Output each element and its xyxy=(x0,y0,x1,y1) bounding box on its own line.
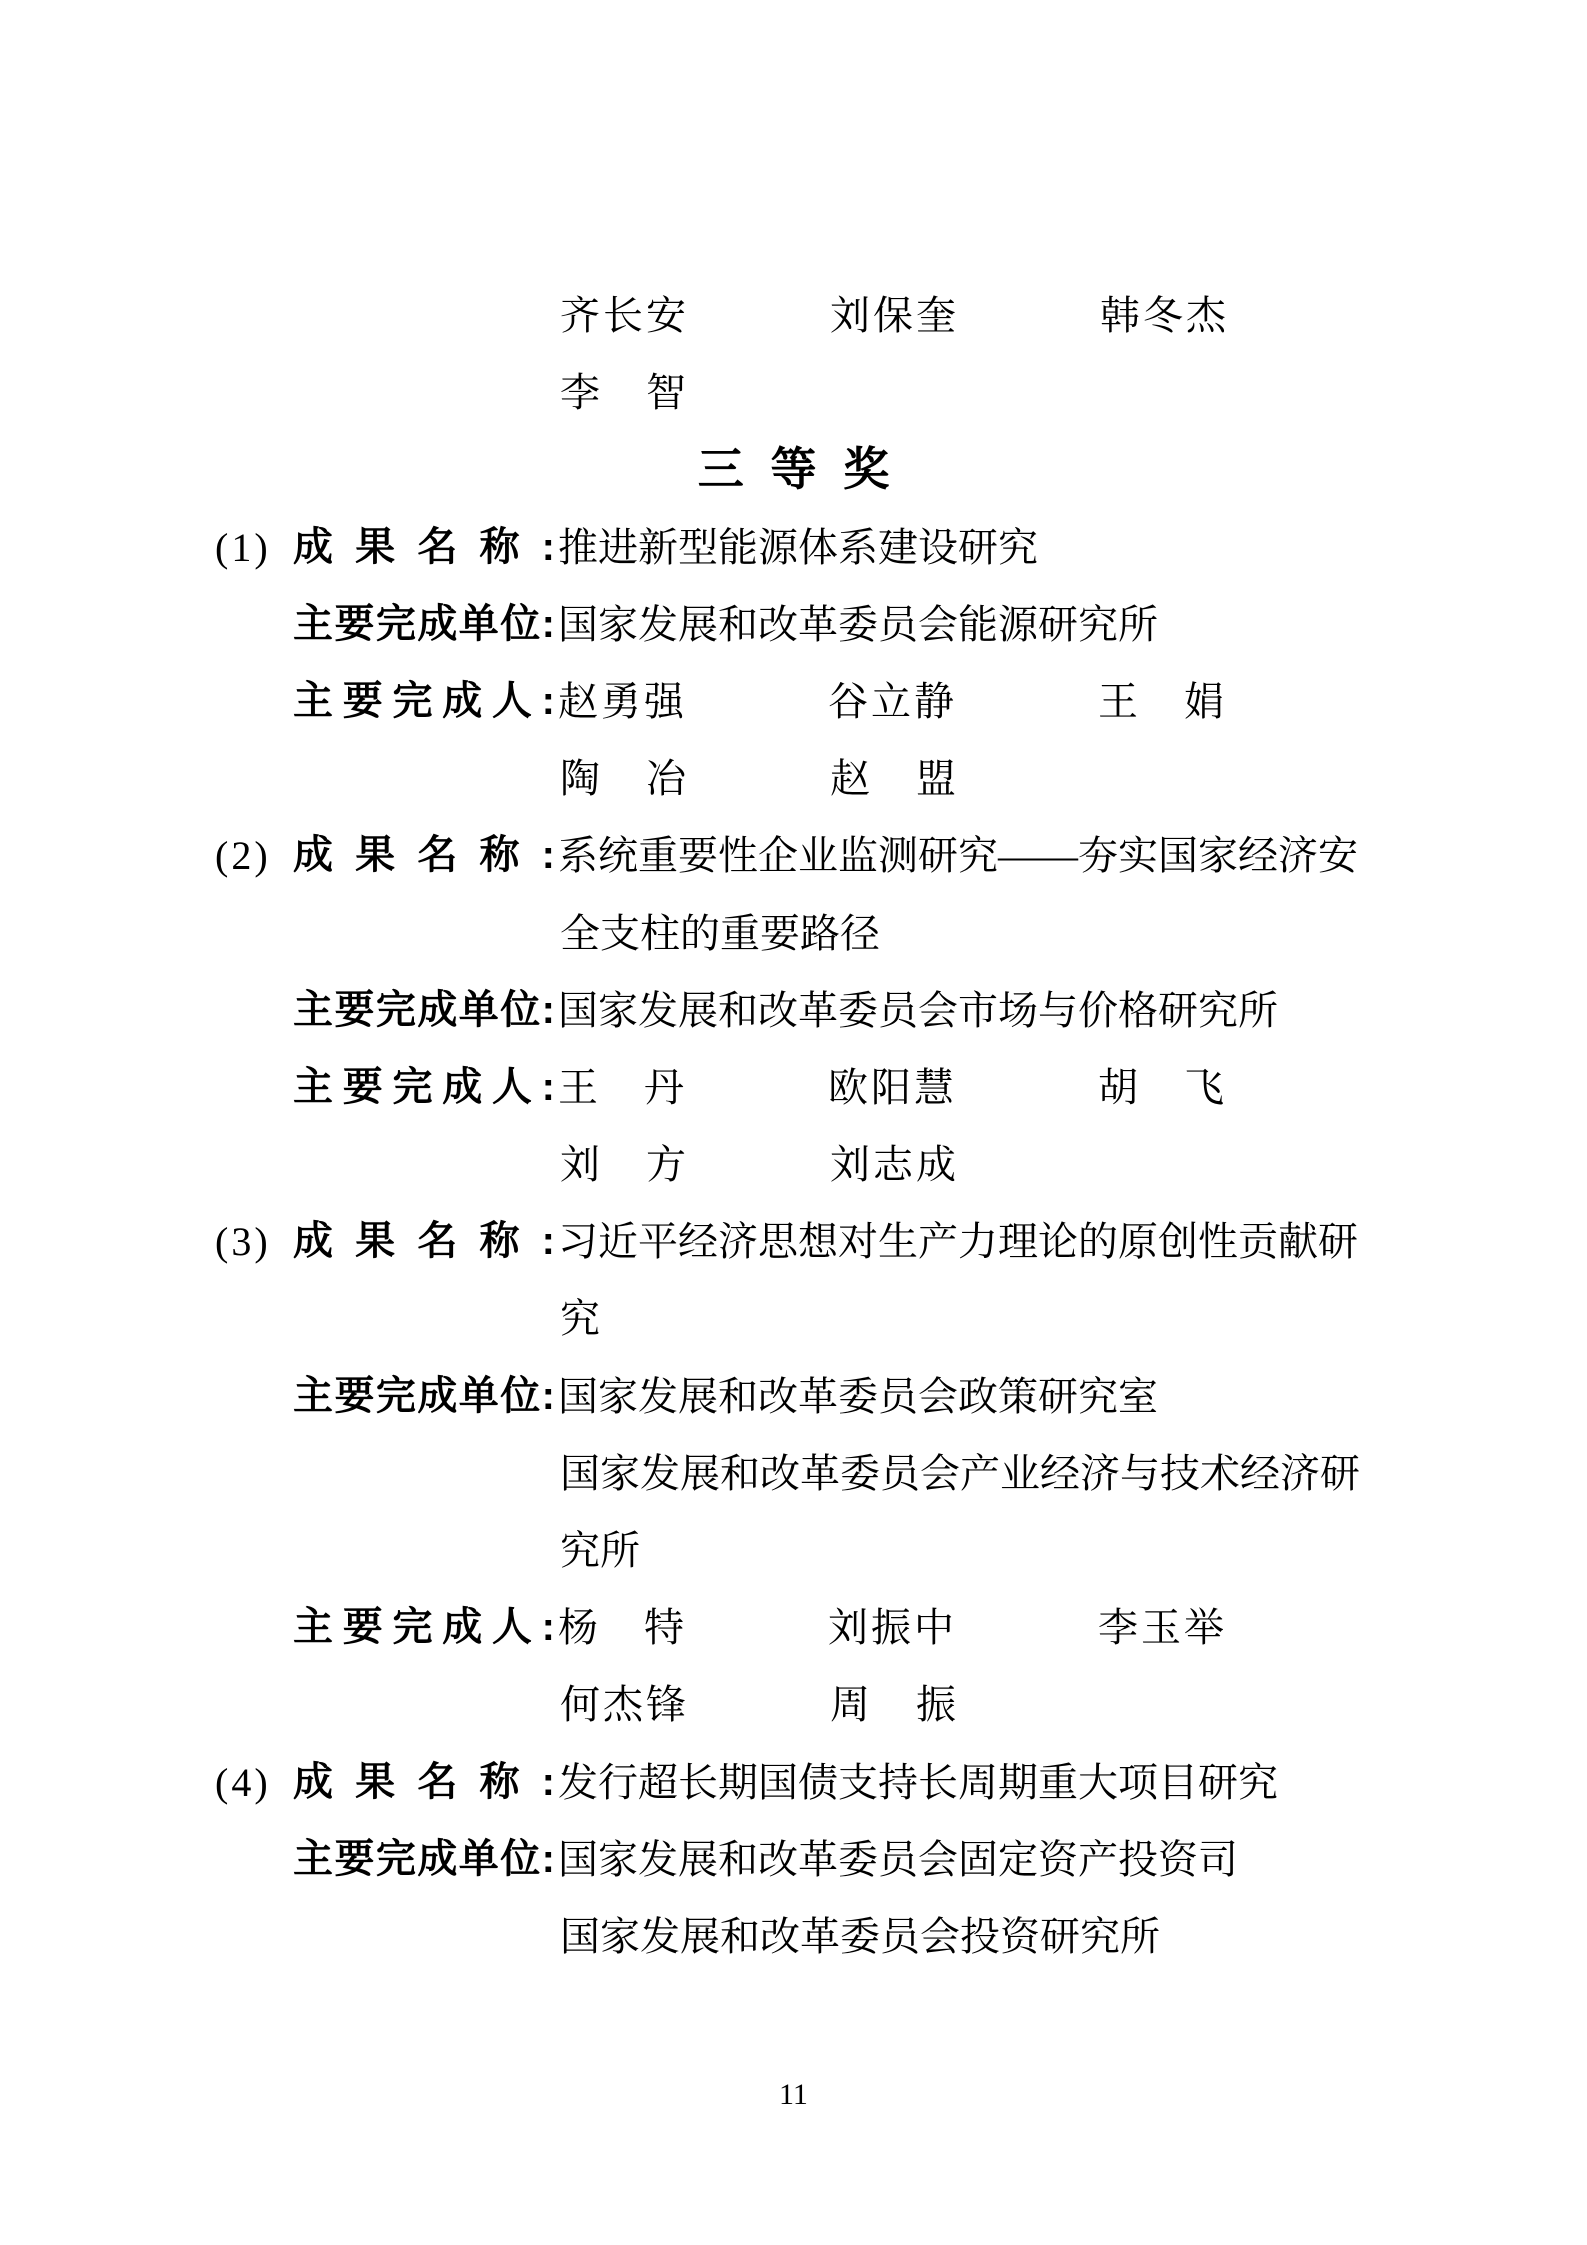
person-name: 刘方 xyxy=(560,1126,686,1203)
entry-3-unit-row: 主要完成单位:国家发展和改革委员会政策研究室 xyxy=(0,1358,1587,1435)
entry-3-unit-cont-row-2: 究所 xyxy=(0,1512,1587,1589)
field-label-unit: 主要完成单位: xyxy=(293,586,555,663)
field-label-people: 主要完成人: xyxy=(293,1589,555,1666)
section-heading: 三 等 奖 xyxy=(0,431,1587,508)
entry-4-unit-row: 主要完成单位:国家发展和改革委员会固定资产投资司 xyxy=(0,1821,1587,1898)
carryover-names-row-2: 李智 xyxy=(0,354,1587,431)
unit-name: 国家发展和改革委员会政策研究室 xyxy=(558,1374,1158,1419)
achievement-title: 推进新型能源体系建设研究 xyxy=(558,525,1038,570)
entry-1-unit-row: 主要完成单位:国家发展和改革委员会能源研究所 xyxy=(0,586,1587,663)
achievement-title: 发行超长期国债支持长周期重大项目研究 xyxy=(558,1760,1278,1805)
field-label-unit: 主要完成单位: xyxy=(293,1358,555,1435)
entry-2-people-row: 主要完成人:王丹欧阳慧胡飞 xyxy=(0,1049,1587,1126)
person-name: 刘振中 xyxy=(828,1589,954,1666)
achievement-title: 系统重要性企业监测研究——夯实国家经济安 xyxy=(558,833,1358,878)
field-label-people: 主要完成人: xyxy=(293,663,555,740)
person-name: 韩冬杰 xyxy=(1100,277,1226,354)
person-name: 何杰锋 xyxy=(560,1666,686,1743)
achievement-title: 习近平经济思想对生产力理论的原创性贡献研 xyxy=(558,1219,1358,1264)
entry-index: (3) xyxy=(215,1203,293,1280)
entry-index: (1) xyxy=(215,509,293,586)
field-label-name: 成果名称: xyxy=(293,509,555,586)
document-page: 齐长安刘保奎韩冬杰 李智 三 等 奖 (1)成果名称:推进新型能源体系建设研究 … xyxy=(0,0,1587,2245)
unit-name-cont: 究所 xyxy=(560,1528,640,1573)
entry-3-title-row: (3)成果名称:习近平经济思想对生产力理论的原创性贡献研 xyxy=(0,1203,1587,1280)
field-label-unit: 主要完成单位: xyxy=(293,972,555,1049)
person-name: 周振 xyxy=(830,1666,956,1743)
unit-name: 国家发展和改革委员会固定资产投资司 xyxy=(558,1837,1238,1882)
field-label-name: 成果名称: xyxy=(293,1203,555,1280)
entry-index: (2) xyxy=(215,817,293,894)
field-label-name: 成果名称: xyxy=(293,1744,555,1821)
entry-3-title-cont-row: 究 xyxy=(0,1280,1587,1357)
entry-3-people-cont-row: 何杰锋周振 xyxy=(0,1666,1587,1743)
entry-2-title-row: (2)成果名称:系统重要性企业监测研究——夯实国家经济安 xyxy=(0,817,1587,894)
person-name: 赵盟 xyxy=(830,740,956,817)
person-name: 刘保奎 xyxy=(830,277,956,354)
document-body: 齐长安刘保奎韩冬杰 李智 三 等 奖 (1)成果名称:推进新型能源体系建设研究 … xyxy=(0,0,1587,1975)
page-number: 11 xyxy=(0,2078,1587,2112)
person-name: 齐长安 xyxy=(560,277,686,354)
person-name: 胡飞 xyxy=(1098,1049,1224,1126)
field-label-unit: 主要完成单位: xyxy=(293,1821,555,1898)
entry-index: (4) xyxy=(215,1744,293,1821)
entry-2-title-cont-row: 全支柱的重要路径 xyxy=(0,895,1587,972)
person-name: 谷立静 xyxy=(828,663,954,740)
unit-name: 国家发展和改革委员会能源研究所 xyxy=(558,602,1158,647)
person-name: 杨特 xyxy=(558,1589,684,1666)
field-label-name: 成果名称: xyxy=(293,817,555,894)
person-name: 赵勇强 xyxy=(558,663,684,740)
person-name: 李智 xyxy=(560,354,686,431)
carryover-names-row-1: 齐长安刘保奎韩冬杰 xyxy=(0,277,1587,354)
achievement-title-cont: 全支柱的重要路径 xyxy=(560,911,880,956)
entry-4-unit-cont-row: 国家发展和改革委员会投资研究所 xyxy=(0,1898,1587,1975)
person-name: 王丹 xyxy=(558,1049,684,1126)
entry-2-people-cont-row: 刘方刘志成 xyxy=(0,1126,1587,1203)
person-name: 陶冶 xyxy=(560,740,686,817)
person-name: 王娟 xyxy=(1098,663,1224,740)
entry-1-people-cont-row: 陶冶赵盟 xyxy=(0,740,1587,817)
entry-1-title-row: (1)成果名称:推进新型能源体系建设研究 xyxy=(0,509,1587,586)
entry-3-unit-cont-row: 国家发展和改革委员会产业经济与技术经济研 xyxy=(0,1435,1587,1512)
person-name: 欧阳慧 xyxy=(828,1049,954,1126)
entry-2-unit-row: 主要完成单位:国家发展和改革委员会市场与价格研究所 xyxy=(0,972,1587,1049)
entry-1-people-row: 主要完成人:赵勇强谷立静王娟 xyxy=(0,663,1587,740)
person-name: 刘志成 xyxy=(830,1126,956,1203)
entry-4-title-row: (4)成果名称:发行超长期国债支持长周期重大项目研究 xyxy=(0,1744,1587,1821)
unit-name-cont: 国家发展和改革委员会投资研究所 xyxy=(560,1914,1160,1959)
unit-name: 国家发展和改革委员会市场与价格研究所 xyxy=(558,988,1278,1033)
unit-name-cont: 国家发展和改革委员会产业经济与技术经济研 xyxy=(560,1451,1360,1496)
achievement-title-cont: 究 xyxy=(560,1296,600,1341)
person-name: 李玉举 xyxy=(1098,1589,1224,1666)
field-label-people: 主要完成人: xyxy=(293,1049,555,1126)
entry-3-people-row: 主要完成人:杨特刘振中李玉举 xyxy=(0,1589,1587,1666)
